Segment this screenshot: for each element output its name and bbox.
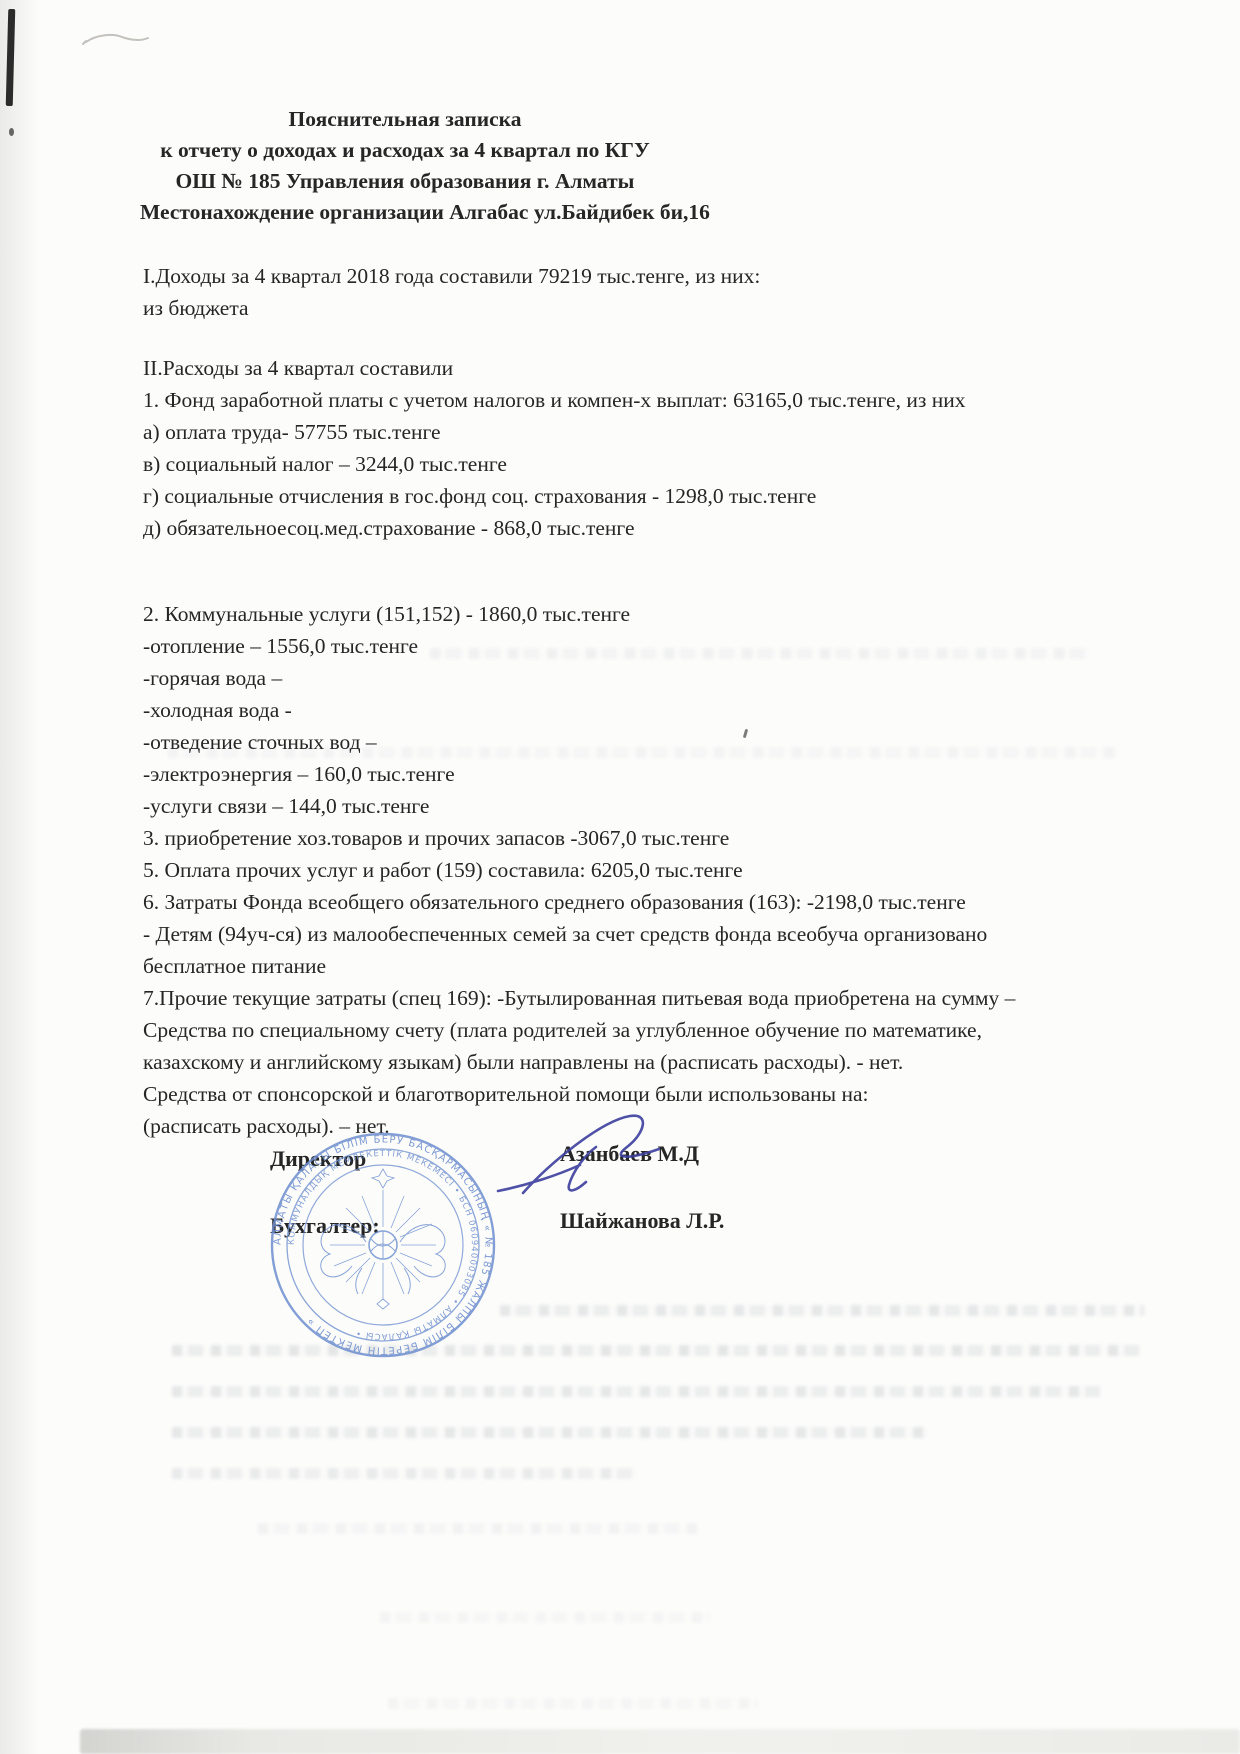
title-line: к отчету о доходах и расходах за 4 кварт… — [140, 135, 670, 166]
bleed-through-ghost — [258, 1523, 698, 1534]
body-line: -холодная вода - — [143, 694, 1123, 726]
body-line: Средства по специальному счету (плата ро… — [143, 1014, 1123, 1046]
document-body: I.Доходы за 4 квартал 2018 года составил… — [143, 260, 1123, 1142]
scan-bottom-smudge — [80, 1729, 1240, 1754]
body-line: I.Доходы за 4 квартал 2018 года составил… — [143, 260, 1123, 292]
bleed-through-ghost — [500, 1305, 1145, 1316]
body-line: II.Расходы за 4 квартал составили — [143, 352, 1123, 384]
scanned-document-page: Пояснительная записка к отчету о доходах… — [0, 0, 1240, 1754]
body-line: а) оплата труда- 57755 тыс.тенге — [143, 416, 1123, 448]
body-line: г) социальные отчисления в гос.фонд соц.… — [143, 480, 1123, 512]
stamp-emblem — [321, 1169, 446, 1309]
body-line: 5. Оплата прочих услуг и работ (159) сос… — [143, 854, 1123, 886]
paper-left-edge-shadow — [0, 0, 40, 1754]
body-line: 3. приобретение хоз.товаров и прочих зап… — [143, 822, 1123, 854]
organization-location-line: Местонахождение организации Алгабас ул.Б… — [140, 197, 670, 228]
body-line: 7.Прочие текущие затраты (спец 169): -Бу… — [143, 982, 1123, 1014]
title-line: ОШ № 185 Управления образования г. Алмат… — [140, 166, 670, 197]
body-line: 1. Фонд заработной платы с учетом налого… — [143, 384, 1123, 416]
body-line: -отведение сточных вод – — [143, 726, 1123, 758]
body-line: -услуги связи – 144,0 тыс.тенге — [143, 790, 1123, 822]
body-line: казахскому и английскому языкам) были на… — [143, 1046, 1123, 1078]
bleed-through-ghost — [172, 1468, 637, 1479]
bleed-through-ghost — [380, 1612, 710, 1623]
body-line: - Детям (94уч-ся) из малообеспеченных се… — [143, 918, 1123, 950]
bleed-through-ghost — [172, 1386, 1102, 1397]
body-line: из бюджета — [143, 292, 1123, 324]
body-line: -электроэнергия – 160,0 тыс.тенге — [143, 758, 1123, 790]
body-line: -отопление – 1556,0 тыс.тенге — [143, 630, 1123, 662]
body-line: 6. Затраты Фонда всеобщего обязательного… — [143, 886, 1123, 918]
director-signature — [478, 1103, 688, 1203]
official-round-stamp: АЛМАТЫ ҚАЛАСЫ БІЛІМ БЕРУ БАСҚАРМАСЫНЫҢ «… — [266, 1128, 500, 1362]
body-line: 2. Коммунальные услуги (151,152) - 1860,… — [143, 598, 1123, 630]
body-line: в) социальный налог – 3244,0 тыс.тенге — [143, 448, 1123, 480]
body-line: бесплатное питание — [143, 950, 1123, 982]
title-line: Пояснительная записка — [140, 104, 670, 135]
document-title-block: Пояснительная записка к отчету о доходах… — [140, 104, 670, 228]
body-line: -горячая вода – — [143, 662, 1123, 694]
pencil-scribble-artifact — [80, 30, 152, 50]
body-line: д) обязательноесоц.мед.страхование - 868… — [143, 512, 1123, 544]
bleed-through-ghost — [172, 1427, 927, 1438]
accountant-name: Шайжанова Л.Р. — [560, 1208, 724, 1234]
scan-dot-artifact — [9, 128, 14, 136]
bleed-through-ghost — [388, 1698, 758, 1709]
